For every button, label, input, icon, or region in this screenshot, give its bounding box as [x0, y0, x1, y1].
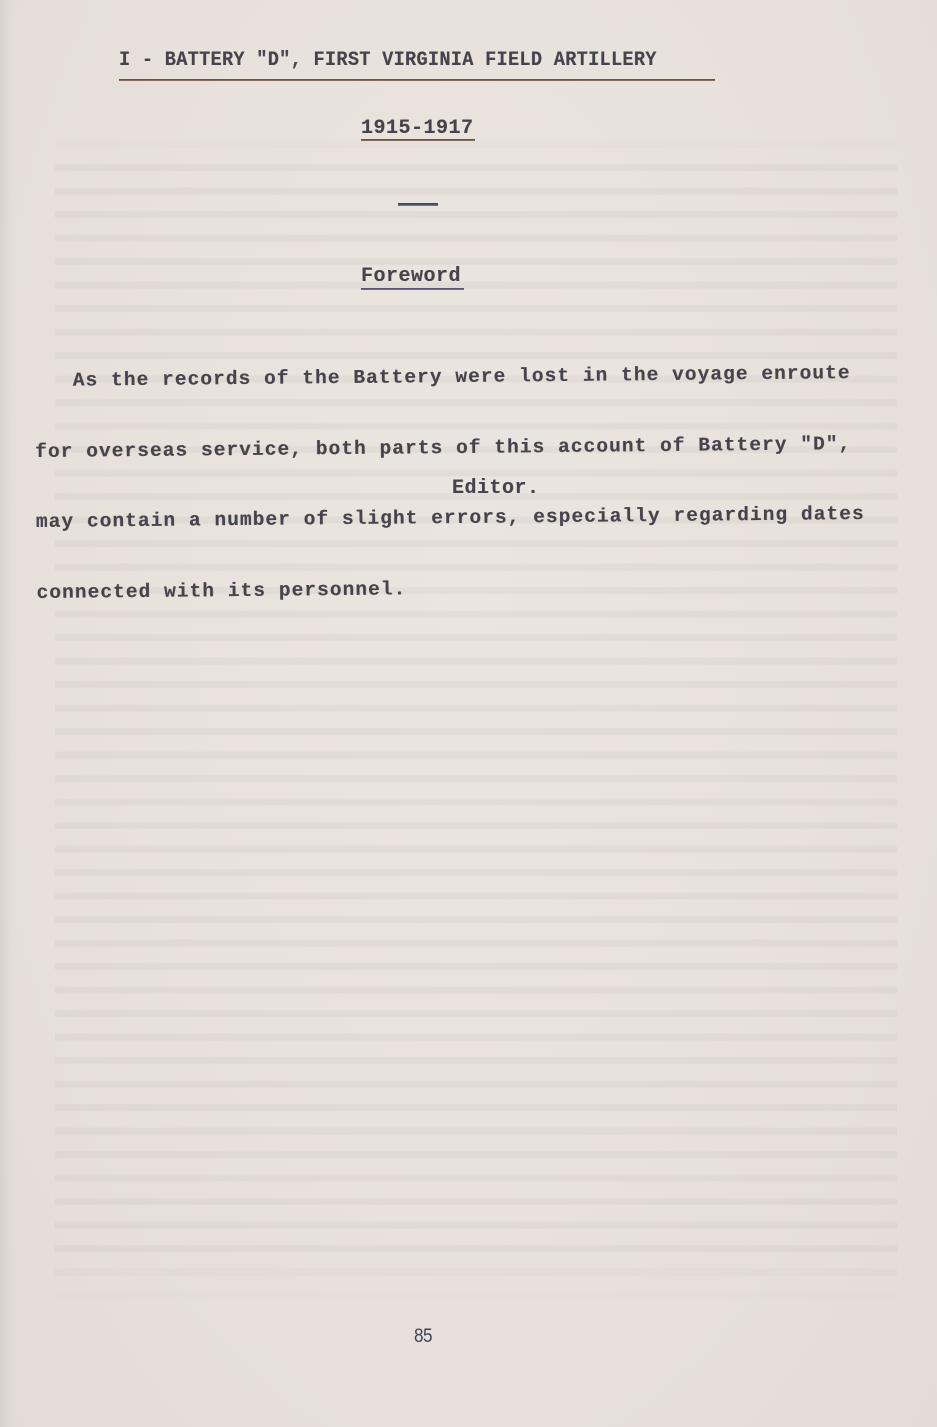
page-number: 85: [414, 1326, 432, 1348]
show-through-texture: [55, 130, 897, 1310]
foreword-line: As the records of the Battery were lost …: [34, 362, 874, 394]
section-divider: [398, 203, 438, 206]
signature: Editor.: [452, 477, 540, 500]
chapter-title-underline: [119, 79, 715, 81]
section-heading-underline: [361, 288, 464, 290]
chapter-title: I - BATTERY "D", FIRST VIRGINIA FIELD AR…: [119, 49, 657, 72]
date-range-underline: [361, 139, 475, 141]
date-range-heading: 1915-1917: [361, 117, 474, 140]
section-heading: Foreword: [361, 265, 461, 288]
foreword-line: connected with its personnel.: [36, 573, 876, 605]
foreword-line: may contain a number of slight errors, e…: [36, 503, 876, 535]
foreword-line: for overseas service, both parts of this…: [35, 432, 875, 464]
foreword-paragraph: As the records of the Battery were lost …: [34, 315, 877, 629]
